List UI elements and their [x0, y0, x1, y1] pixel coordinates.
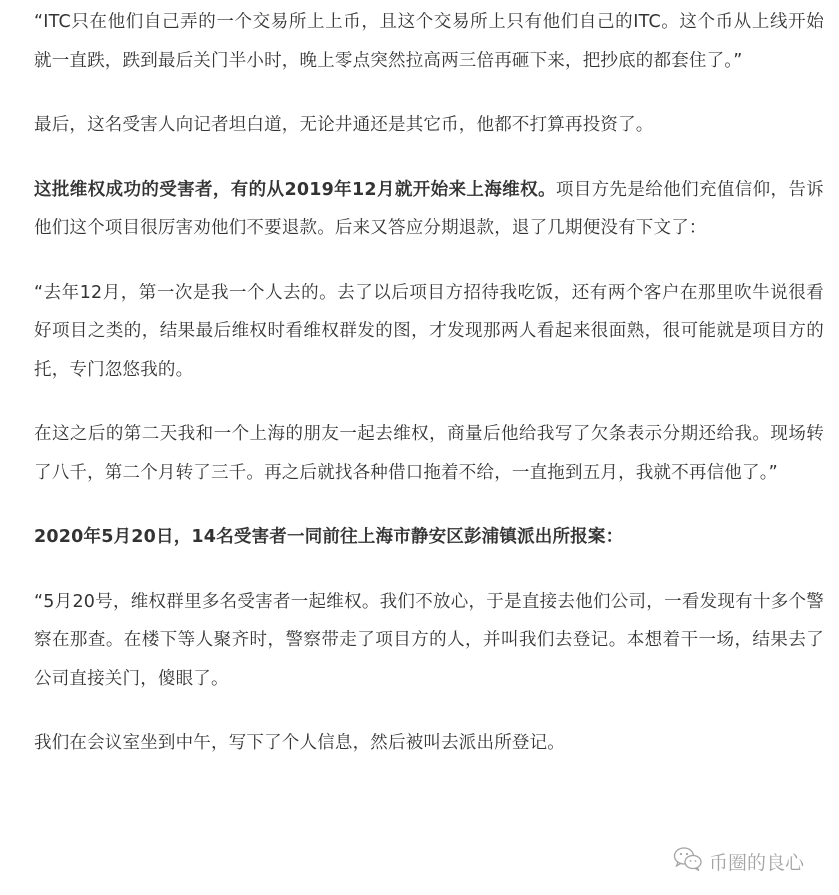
paragraph-quote-second-day: 在这之后的第二天我和一个上海的朋友一起去维权，商量后他给我写了欠条表示分期还给我… [34, 415, 824, 492]
paragraph-text: 我们在会议室坐到中午，写下了个人信息，然后被叫去派出所登记。 [34, 733, 565, 753]
paragraph-quote-itc: “ITC只在他们自己弄的一个交易所上上币，且这个交易所上只有他们自己的ITC。这… [34, 3, 824, 80]
paragraph-text: “ITC只在他们自己弄的一个交易所上上币，且这个交易所上只有他们自己的ITC。这… [34, 12, 824, 71]
paragraph-text: “5月20号，维权群里多名受害者一起维权。我们不放心，于是直接去他们公司，一看发… [34, 592, 824, 689]
paragraph-quote-may20: “5月20号，维权群里多名受害者一起维权。我们不放心，于是直接去他们公司，一看发… [34, 583, 824, 699]
paragraph-bold-heading: 2020年5月20日，14名受害者一同前往上海市静安区彭浦镇派出所报案： [34, 527, 623, 547]
paragraph-quote-december: “去年12月，第一次是我一个人去的。去了以后项目方招待我吃饭，还有两个客户在那里… [34, 274, 824, 390]
watermark-label: 币圈的良心 [709, 848, 804, 875]
paragraph-rights-defense-intro: 这批维权成功的受害者，有的从2019年12月就开始来上海维权。项目方先是给他们充… [34, 171, 824, 248]
paragraph-bold-lead: 这批维权成功的受害者，有的从2019年12月就开始来上海维权。 [34, 180, 556, 200]
paragraph-text: “去年12月，第一次是我一个人去的。去了以后项目方招待我吃饭，还有两个客户在那里… [34, 283, 824, 380]
wechat-icon [673, 846, 703, 877]
paragraph-victim-statement: 最后，这名受害人向记者坦白道，无论井通还是其它币，他都不打算再投资了。 [34, 106, 824, 145]
paragraph-meeting-room: 我们在会议室坐到中午，写下了个人信息，然后被叫去派出所登记。 [34, 724, 824, 763]
source-watermark: 币圈的良心 [673, 846, 804, 877]
article-body: “ITC只在他们自己弄的一个交易所上上币，且这个交易所上只有他们自己的ITC。这… [34, 3, 824, 789]
paragraph-text: 在这之后的第二天我和一个上海的朋友一起去维权，商量后他给我写了欠条表示分期还给我… [34, 424, 824, 483]
paragraph-text: 最后，这名受害人向记者坦白道，无论井通还是其它币，他都不打算再投资了。 [34, 115, 654, 135]
paragraph-police-report-heading: 2020年5月20日，14名受害者一同前往上海市静安区彭浦镇派出所报案： [34, 518, 824, 557]
